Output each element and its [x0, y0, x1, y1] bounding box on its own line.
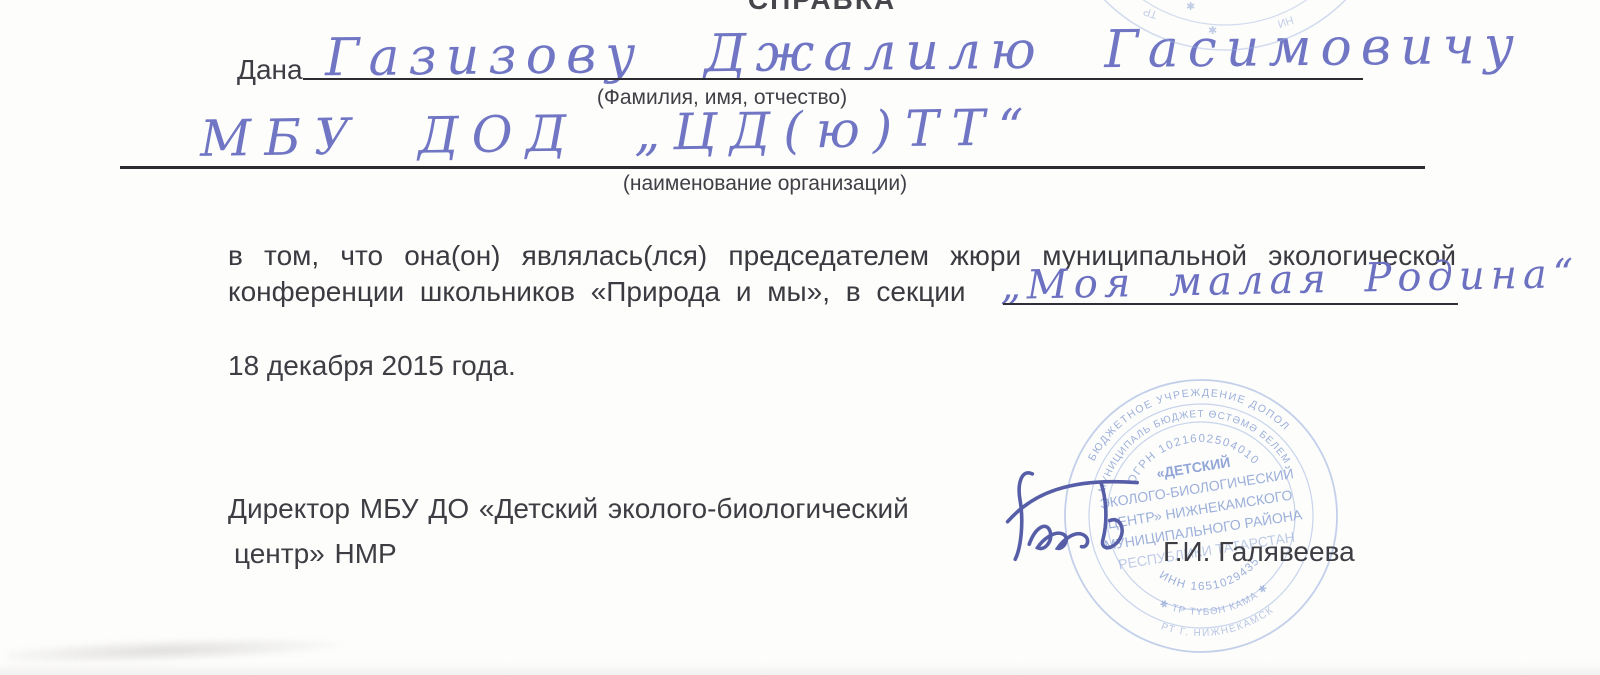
- corner-stamp-star-icon: ✱: [1208, 25, 1217, 37]
- signature-stroke: [1005, 479, 1139, 521]
- signature-stroke: [1028, 523, 1088, 550]
- recipient-underline: [303, 78, 1363, 80]
- dana-label: Дана: [237, 54, 303, 86]
- body-line-2: конференции школьников «Природа и мы», в…: [228, 276, 966, 308]
- organization-handwriting: МБУ ДОД „ЦД(ю)ТТ“: [200, 98, 1037, 168]
- scan-smudge: [8, 632, 354, 666]
- corner-stamp-icon: ТР ✱ ✱ НИ: [1040, 0, 1380, 58]
- scanned-certificate-page: { "document": { "title": "СПРАВКА", "dan…: [0, 0, 1600, 675]
- director-title-line-1: Директор МБУ ДО «Детский эколого-биологи…: [228, 486, 909, 531]
- organization-caption: (наименование организации): [215, 172, 1315, 196]
- signature-stroke: [1098, 482, 1123, 548]
- director-title: Директор МБУ ДО «Детский эколого-биологи…: [228, 486, 909, 576]
- director-name: Г.И. Галявеева: [1163, 536, 1355, 568]
- section-underline: [1003, 303, 1458, 305]
- corner-stamp-star-icon: ✱: [1186, 1, 1195, 13]
- scan-bottom-edge: [0, 662, 1600, 675]
- corner-stamp-fragment: НИ: [1276, 13, 1295, 29]
- date-text: 18 декабря 2015 года.: [228, 350, 516, 382]
- organization-underline: [120, 166, 1425, 169]
- director-signature: [1005, 455, 1150, 567]
- corner-stamp-inner-arc: [1080, 0, 1370, 25]
- director-title-line-2: центр» НМР: [228, 531, 909, 576]
